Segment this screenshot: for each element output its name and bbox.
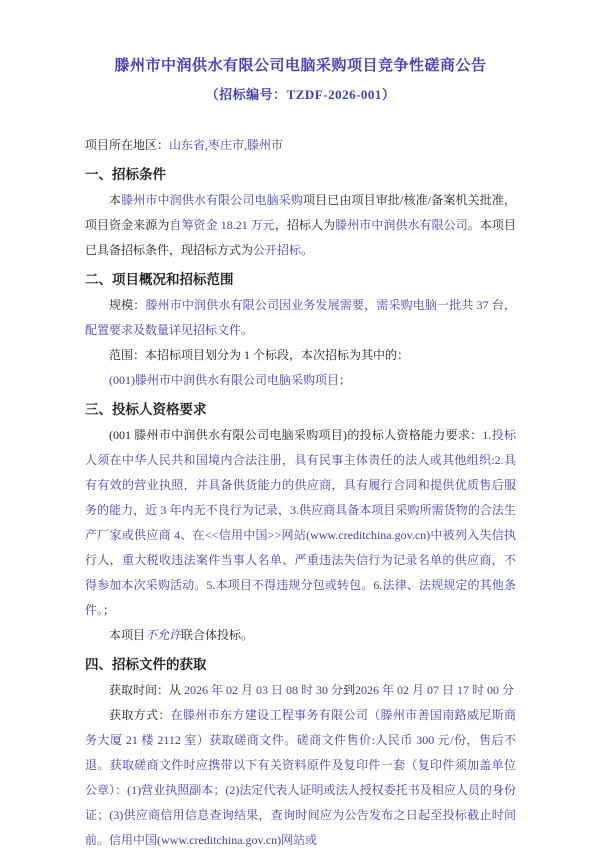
scale-paragraph: 规模：滕州市中润供水有限公司因业务发展需要，需采购电脑一批共 37 台，配置要求… xyxy=(85,293,516,343)
text-run: 本项目 xyxy=(109,628,145,642)
text-run: 2026 年 02 月 03 日 08 时 30 分 xyxy=(184,683,343,697)
announcement-page: 滕州市中润供水有限公司电脑采购项目竞争性磋商公告 （招标编号：TZDF-2026… xyxy=(0,0,600,853)
text-run: 不允许 xyxy=(145,628,181,642)
text-run: 公开招标 xyxy=(253,243,301,257)
consortium-line: 本项目不允许联合体投标。 xyxy=(85,623,516,648)
text-run: 在滕州市东方建设工程事务有限公司（滕州市善国南路威尼斯商务大厦 21 楼 211… xyxy=(85,708,516,847)
text-run: 项目所在地区： xyxy=(85,138,169,152)
text-run: 本 xyxy=(109,193,121,207)
text-run: 二、项目概况和招标范围 xyxy=(85,272,234,287)
text-run: (001 滕州市中润供水有限公司电脑采购项目)的投标人资格能力要求： xyxy=(109,428,482,442)
text-run: 自筹资金 18.21 万元 xyxy=(169,218,274,232)
qualification-paragraph: (001 滕州市中润供水有限公司电脑采购项目)的投标人资格能力要求：1.投标人须… xyxy=(85,423,516,623)
text-run: ，招标人为 xyxy=(275,218,335,232)
text-run: 山东省,枣庄市,滕州市 xyxy=(169,138,283,152)
lot-001-line: (001)滕州市中润供水有限公司电脑采购项目； xyxy=(85,368,516,393)
text-run: 滕州市中润供水有限公司 xyxy=(335,218,468,232)
obtain-method-paragraph: 获取方式：在滕州市东方建设工程事务有限公司（滕州市善国南路威尼斯商务大厦 21 … xyxy=(85,703,516,853)
range-paragraph: 范围：本招标项目划分为 1 个标段，本次招标为其中的： xyxy=(85,343,516,368)
text-run: 四、招标文件的获取 xyxy=(85,657,207,672)
text-run: 获取时间：从 xyxy=(109,683,184,697)
project-location-line: 项目所在地区：山东省,枣庄市,滕州市 xyxy=(85,133,516,158)
obtain-time-line: 获取时间：从 2026 年 02 月 03 日 08 时 30 分到2026 年… xyxy=(85,678,516,703)
text-run: 获取方式： xyxy=(109,708,171,722)
section-heading-3: 三、投标人资格要求 xyxy=(85,397,516,423)
text-run: 1.投标人须在中华人民共和国境内合法注册，具有民事主体责任的法人或其他组织:2.… xyxy=(85,428,516,617)
text-run: 滕州市中润供水有限公司因业务发展需要，需采购电脑一批共 37 台，配置要求及数量… xyxy=(85,298,516,337)
announcement-title: 滕州市中润供水有限公司电脑采购项目竞争性磋商公告 xyxy=(85,54,516,78)
section-heading-2: 二、项目概况和招标范围 xyxy=(85,267,516,293)
text-run: 规模： xyxy=(109,298,145,312)
text-run: (001)滕州市中润供水有限公司电脑采购项目； xyxy=(109,373,351,387)
text-run: 2026 年 02 月 07 日 17 时 00 分 xyxy=(355,683,514,697)
text-run: ； xyxy=(103,603,115,617)
section-heading-4: 四、招标文件的获取 xyxy=(85,652,516,678)
text-run: 到 xyxy=(343,683,355,697)
text-run: 联合体投标。 xyxy=(181,628,253,642)
text-run: 滕州市中润供水有限公司电脑采购 xyxy=(121,193,303,207)
text-run: 。 xyxy=(301,243,313,257)
document-blocks: 项目所在地区：山东省,枣庄市,滕州市一、招标条件本滕州市中润供水有限公司电脑采购… xyxy=(85,133,516,853)
tender-conditions-paragraph: 本滕州市中润供水有限公司电脑采购项目已由项目审批/核准/备案机关批准，项目资金来… xyxy=(85,188,516,263)
text-run: 三、投标人资格要求 xyxy=(85,402,207,417)
section-heading-1: 一、招标条件 xyxy=(85,162,516,188)
text-run: 一、招标条件 xyxy=(85,167,166,182)
tender-number: （招标编号：TZDF-2026-001） xyxy=(85,83,516,107)
text-run: 范围：本招标项目划分为 1 个标段，本次招标为其中的： xyxy=(109,348,409,362)
